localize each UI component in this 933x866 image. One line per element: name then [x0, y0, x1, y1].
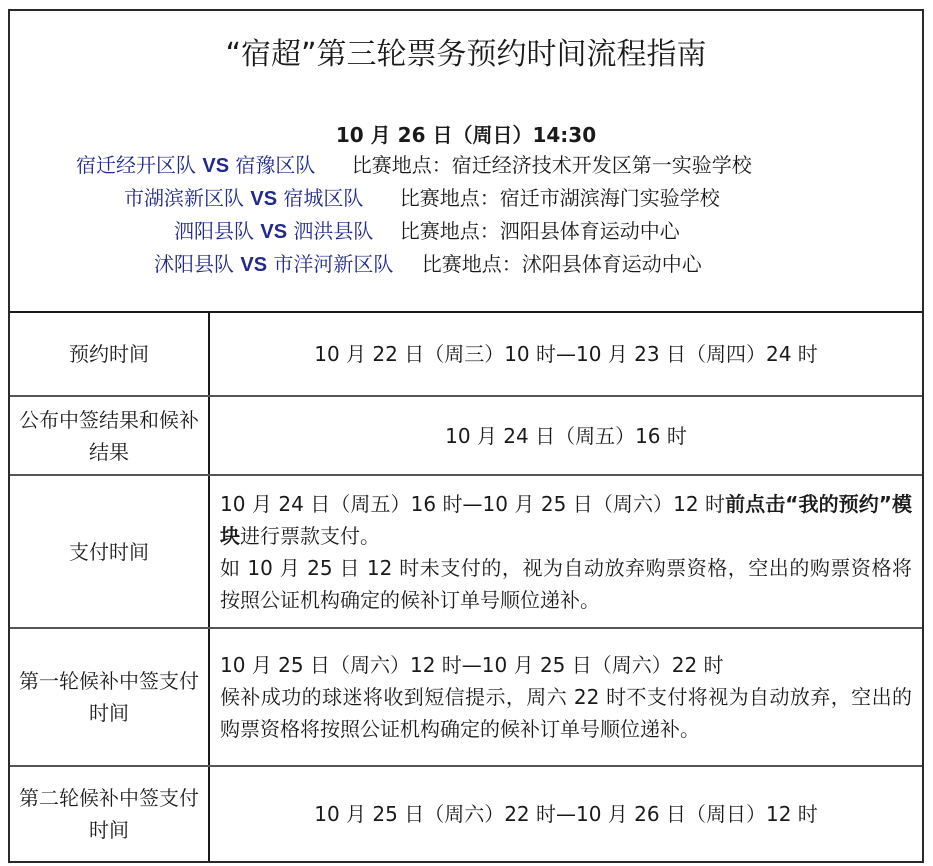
vs-label: VS	[240, 254, 267, 276]
row-value: 10 月 25 日（周六）12 时—10 月 25 日（周六）22 时 候补成功…	[210, 629, 922, 765]
home-team: 宿迁经开区队	[76, 153, 196, 177]
schedule-row-payment: 支付时间 10 月 24 日（周五）16 时—10 月 25 日（周六）12 时…	[10, 476, 922, 629]
vs-label: VS	[202, 155, 229, 177]
waitlist-window: 10 月 25 日（周六）12 时—10 月 25 日（周六）22 时	[220, 653, 724, 677]
match-date-time: 10 月 26 日（周日）14:30	[10, 119, 922, 148]
payment-note: 如 10 月 25 日 12 时未支付的，视为自动放弃购票资格，空出的购票资格将…	[220, 556, 912, 612]
row-label: 第二轮候补中签支付时间	[10, 767, 210, 861]
row-value: 10 月 24 日（周五）16 时—10 月 25 日（周六）12 时前点击“我…	[210, 476, 922, 627]
match-row: 市湖滨新区队 VS 宿城区队 比赛地点：宿迁市湖滨海门实验学校	[124, 182, 720, 211]
row-label: 预约时间	[10, 313, 210, 395]
schedule-row-reservation: 预约时间 10 月 22 日（周三）10 时—10 月 23 日（周四）24 时	[10, 313, 922, 397]
waitlist-note: 候补成功的球迷将收到短信提示，周六 22 时不支付将视为自动放弃，空出的购票资格…	[220, 685, 912, 741]
match-row: 宿迁经开区队 VS 宿豫区队 比赛地点：宿迁经济技术开发区第一实验学校	[76, 149, 752, 178]
match-row: 泗阳县队 VS 泗洪县队 比赛地点：泗阳县体育运动中心	[174, 215, 680, 244]
away-team: 宿城区队	[283, 186, 363, 210]
home-team: 泗阳县队	[174, 219, 254, 243]
vs-label: VS	[250, 188, 277, 210]
schedule-row-second-waitlist: 第二轮候补中签支付时间 10 月 25 日（周六）22 时—10 月 26 日（…	[10, 767, 922, 861]
row-label: 公布中签结果和候补结果	[10, 397, 210, 474]
row-label: 第一轮候补中签支付时间	[10, 629, 210, 765]
home-team: 市湖滨新区队	[124, 186, 244, 210]
schedule-row-announcement: 公布中签结果和候补结果 10 月 24 日（周五）16 时	[10, 397, 922, 476]
match-venue: 比赛地点：宿迁经济技术开发区第一实验学校	[352, 153, 752, 177]
away-team: 宿豫区队	[235, 153, 315, 177]
payment-window: 10 月 24 日（周五）16 时—10 月 25 日（周六）12 时	[220, 492, 725, 516]
match-row: 沭阳县队 VS 市洋河新区队 比赛地点：沭阳县体育运动中心	[154, 248, 702, 277]
row-label: 支付时间	[10, 476, 210, 627]
row-value: 10 月 24 日（周五）16 时	[210, 397, 922, 474]
ticket-guide-document: “宿超”第三轮票务预约时间流程指南 10 月 26 日（周日）14:30 宿迁经…	[8, 9, 924, 863]
home-team: 沭阳县队	[154, 252, 234, 276]
row-value: 10 月 25 日（周六）22 时—10 月 26 日（周日）12 时	[210, 767, 922, 861]
payment-instruction: 进行票款支付。	[240, 524, 380, 548]
schedule-row-first-waitlist: 第一轮候补中签支付时间 10 月 25 日（周六）12 时—10 月 25 日（…	[10, 629, 922, 767]
guide-header: “宿超”第三轮票务预约时间流程指南 10 月 26 日（周日）14:30 宿迁经…	[10, 11, 922, 313]
row-value: 10 月 22 日（周三）10 时—10 月 23 日（周四）24 时	[210, 313, 922, 395]
away-team: 市洋河新区队	[273, 252, 393, 276]
vs-label: VS	[260, 221, 287, 243]
match-venue: 比赛地点：沭阳县体育运动中心	[422, 252, 702, 276]
away-team: 泗洪县队	[293, 219, 373, 243]
match-venue: 比赛地点：宿迁市湖滨海门实验学校	[400, 186, 720, 210]
match-venue: 比赛地点：泗阳县体育运动中心	[400, 219, 680, 243]
page-title: “宿超”第三轮票务预约时间流程指南	[10, 29, 922, 73]
